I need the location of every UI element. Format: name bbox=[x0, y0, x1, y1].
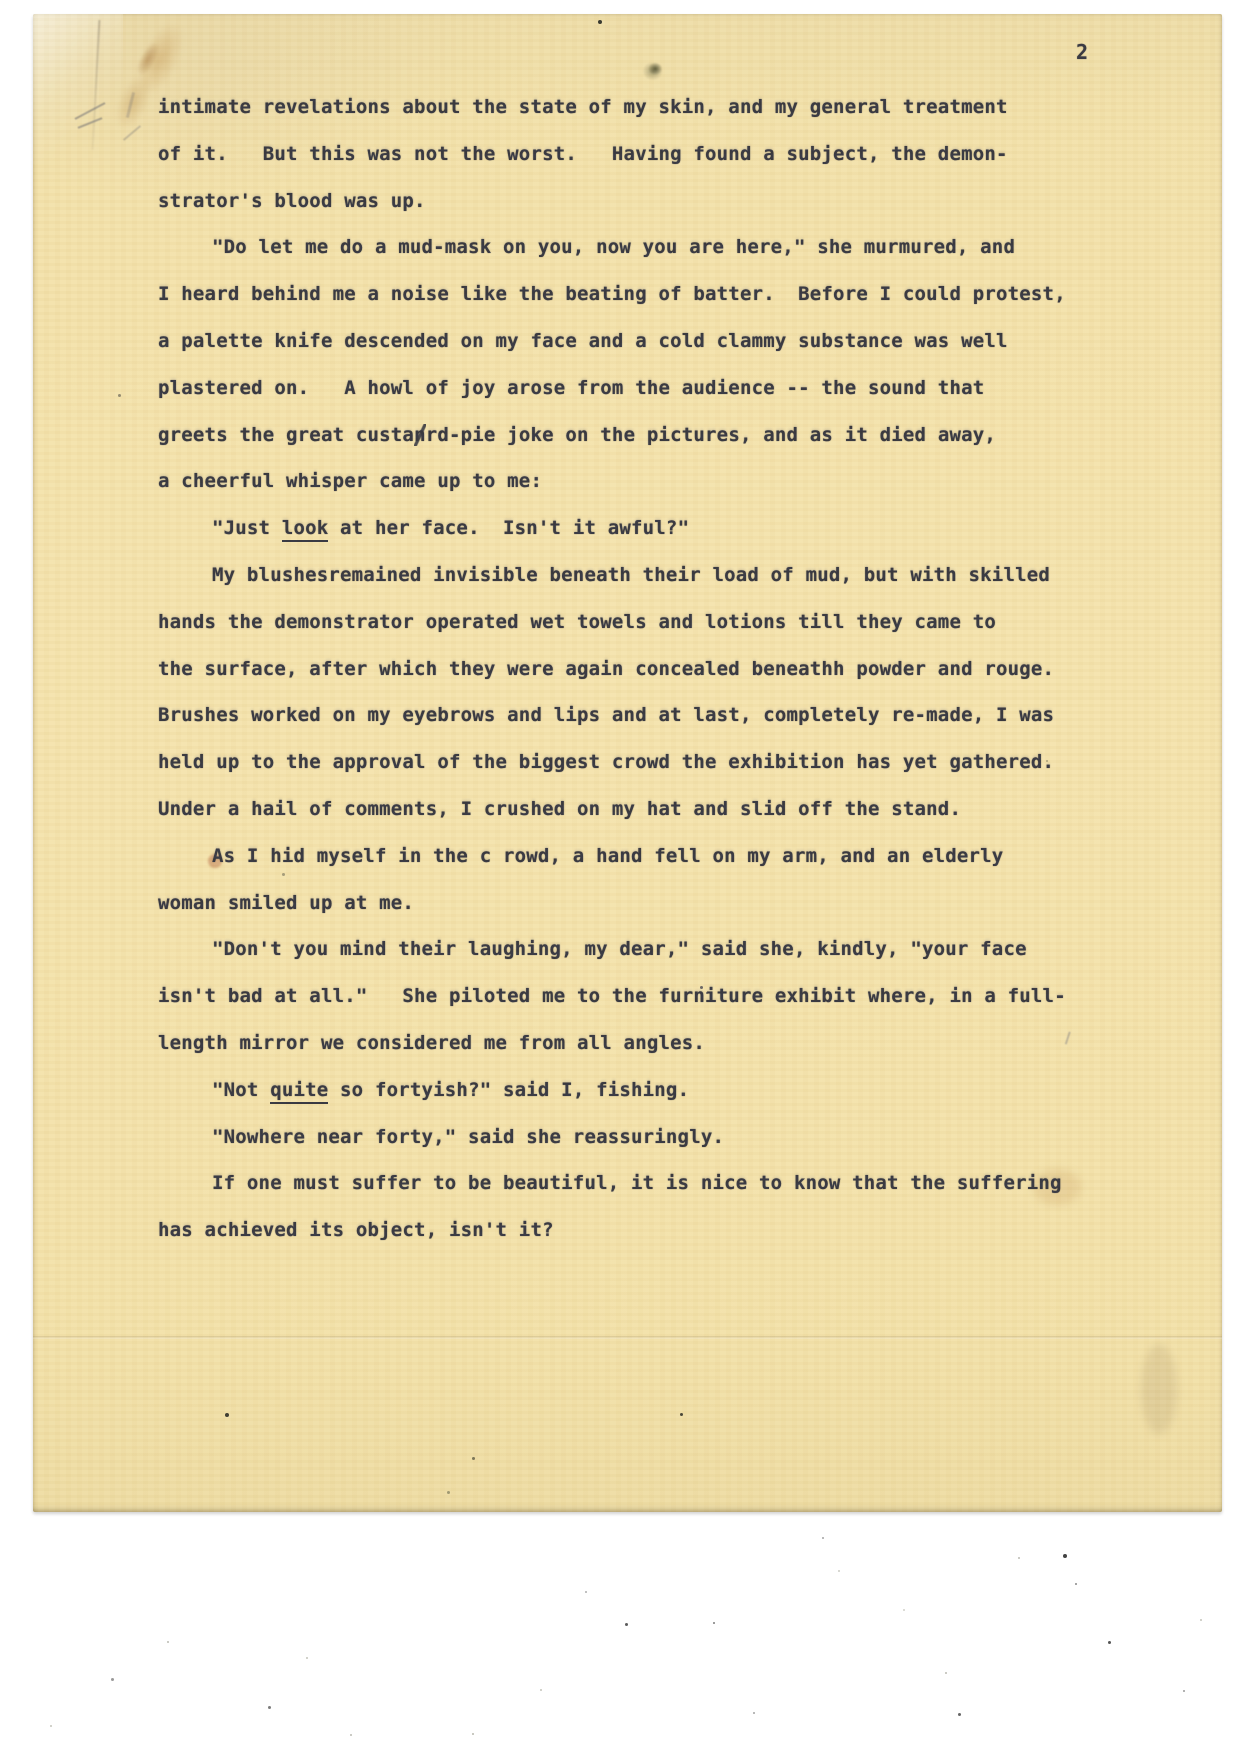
typed-line: As I hid myself in the c rowd, a hand fe… bbox=[158, 845, 1168, 892]
typed-line: "Don't you mind their laughing, my dear,… bbox=[158, 938, 1168, 985]
typed-line: Under a hail of comments, I crushed on m… bbox=[158, 798, 1168, 845]
dust-speck bbox=[680, 1413, 683, 1416]
dust-speck bbox=[1046, 760, 1048, 762]
text-block: intimate revelations about the state of … bbox=[158, 96, 1168, 1266]
typed-line: has achieved its object, isn't it? bbox=[158, 1219, 1168, 1266]
text-segment: at her face. Isn't it awful?" bbox=[328, 517, 689, 539]
text-segment: "Not bbox=[212, 1079, 270, 1101]
dust-speck bbox=[945, 1672, 947, 1674]
typed-line: the surface, after which they were again… bbox=[158, 658, 1168, 705]
dust-speck bbox=[585, 1591, 587, 1593]
typed-line: strator's blood was up. bbox=[158, 190, 1168, 237]
faint-stain bbox=[1141, 1344, 1177, 1434]
typed-line: isn't bad at all." She piloted me to the… bbox=[158, 985, 1168, 1032]
typed-line: "Nowhere near forty," said she reassurin… bbox=[158, 1126, 1168, 1173]
typed-line: held up to the approval of the biggest c… bbox=[158, 751, 1168, 798]
typed-line: a cheerful whisper came up to me: bbox=[158, 470, 1168, 517]
dust-speck bbox=[118, 394, 121, 397]
typed-line: woman smiled up at me. bbox=[158, 892, 1168, 939]
underline-text: look bbox=[282, 517, 329, 542]
dust-speck bbox=[282, 873, 285, 876]
dust-speck bbox=[540, 1689, 542, 1691]
dust-speck bbox=[958, 1713, 961, 1716]
typed-line: a palette knife descended on my face and… bbox=[158, 330, 1168, 377]
dust-speck bbox=[598, 20, 602, 24]
typed-line: plastered on. A howl of joy arose from t… bbox=[158, 377, 1168, 424]
typed-line: "Do let me do a mud-mask on you, now you… bbox=[158, 236, 1168, 283]
typed-line: If one must suffer to be beautiful, it i… bbox=[158, 1172, 1168, 1219]
dust-speck bbox=[225, 1413, 229, 1417]
text-segment: rd-pie joke on the pictures, and as it d… bbox=[426, 424, 996, 446]
dust-speck bbox=[838, 1570, 840, 1572]
dust-speck bbox=[706, 992, 708, 994]
dust-speck bbox=[903, 1609, 905, 1611]
fold-line bbox=[33, 1336, 1222, 1339]
text-segment: so fortyish?" said I, fishing. bbox=[328, 1079, 689, 1101]
typed-line: hands the demonstrator operated wet towe… bbox=[158, 611, 1168, 658]
dust-speck bbox=[268, 1706, 271, 1709]
dust-speck bbox=[1075, 1583, 1077, 1585]
dust-speck bbox=[625, 1623, 628, 1626]
dust-speck bbox=[1063, 1554, 1067, 1558]
dust-speck bbox=[447, 1491, 450, 1494]
dust-speck bbox=[1200, 1619, 1202, 1621]
dust-speck bbox=[111, 1678, 114, 1681]
text-segment: greets the great custa bbox=[158, 424, 414, 446]
typed-line: length mirror we considered me from all … bbox=[158, 1032, 1168, 1079]
dust-speck bbox=[306, 1657, 308, 1659]
dust-speck bbox=[167, 1641, 169, 1643]
dust-speck bbox=[1018, 1557, 1020, 1559]
dust-speck bbox=[822, 1537, 824, 1539]
ink-smudge bbox=[641, 58, 667, 82]
dust-speck bbox=[700, 986, 703, 989]
dust-speck bbox=[1183, 1690, 1185, 1692]
dust-speck bbox=[713, 1622, 715, 1624]
typed-line: My blushesremained invisible beneath the… bbox=[158, 564, 1168, 611]
page-number: 2 bbox=[1076, 40, 1088, 64]
manuscript-page: 2 intimate revelations about the state o… bbox=[33, 14, 1222, 1512]
dust-speck bbox=[753, 1712, 755, 1714]
typed-line: "Not quite so fortyish?" said I, fishing… bbox=[158, 1079, 1168, 1126]
dust-speck bbox=[472, 1457, 475, 1460]
dust-speck bbox=[50, 1725, 52, 1727]
typed-line: Brushes worked on my eyebrows and lips a… bbox=[158, 704, 1168, 751]
underline-text: quite bbox=[270, 1079, 328, 1104]
text-segment: "Just bbox=[212, 517, 282, 539]
typed-line: greets the great custanrd-pie joke on th… bbox=[158, 424, 1168, 471]
dust-speck bbox=[472, 1733, 474, 1735]
dust-speck bbox=[350, 1734, 352, 1736]
typed-line: I heard behind me a noise like the beati… bbox=[158, 283, 1168, 330]
typed-line: of it. But this was not the worst. Havin… bbox=[158, 143, 1168, 190]
typed-line: intimate revelations about the state of … bbox=[158, 96, 1168, 143]
dust-speck bbox=[1108, 1641, 1111, 1644]
struck-text: n bbox=[414, 424, 426, 446]
typed-line: "Just look at her face. Isn't it awful?" bbox=[158, 517, 1168, 564]
